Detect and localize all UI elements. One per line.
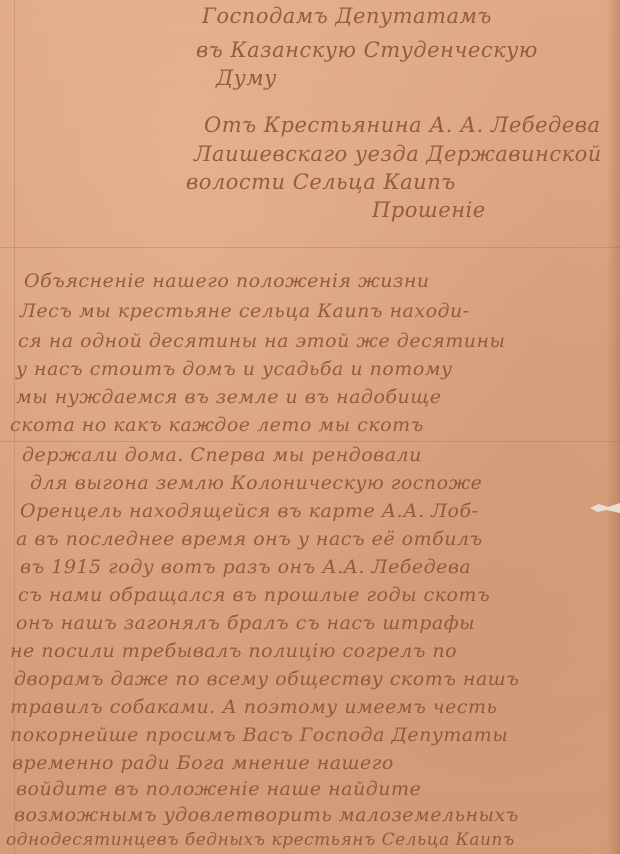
body-line: покорнейше просимъ Васъ Господа Депутаты	[10, 724, 508, 746]
body-line: не посили требывалъ полицiю согрелъ по	[10, 640, 457, 662]
body-line: мы нуждаемся въ земле и въ надобище	[16, 386, 442, 408]
body-line: въ 1915 году вотъ разъ онъ А.А. Лебедева	[20, 556, 471, 578]
sender-line: волости Сельца Каипъ	[186, 170, 456, 194]
body-line: скота но какъ каждое лето мы скотъ	[10, 414, 424, 436]
body-line: Оренцель находящейся въ карте А.А. Лоб-	[20, 500, 478, 522]
body-line: у насъ стоитъ домъ и усадьба и потому	[16, 358, 453, 380]
body-line: возможнымъ удовлетворить малоземельныхъ	[14, 804, 519, 826]
body-line: дворамъ даже по всему обществу скотъ наш…	[14, 668, 519, 690]
paper-fold-line	[0, 441, 620, 442]
body-line: Лесъ мы крестьяне сельца Каипъ находи-	[20, 300, 470, 322]
body-line: Объясненiе нашего положенiя жизни	[24, 270, 430, 292]
body-line: держали дома. Сперва мы рендовали	[22, 444, 422, 466]
paper-tear	[590, 503, 620, 513]
address-line: Господамъ Депутатамъ	[202, 4, 492, 28]
body-line: а въ последнее время онъ у насъ её отбил…	[16, 528, 483, 550]
body-line: съ нами обращался въ прошлые годы скотъ	[18, 584, 490, 606]
sender-line: Отъ Крестьянина А. А. Лебедева	[204, 113, 601, 137]
sender-line: Лаишевскаго уезда Державинской	[194, 142, 602, 166]
handwritten-document-page: Господамъ Депутатамъ въ Казанскую Студен…	[0, 0, 620, 854]
body-line: онъ нашъ загонялъ бралъ съ насъ штрафы	[16, 612, 475, 634]
body-line: для выгона землю Колоническую госпоже	[30, 472, 482, 494]
address-line: въ Казанскую Студенческую	[196, 38, 538, 62]
body-line: ся на одной десятины на этой же десятины	[18, 330, 506, 352]
paper-edge-shadow	[606, 0, 620, 854]
body-line: однодесятинцевъ бедныхъ крестьянъ Сельца…	[6, 830, 515, 850]
paper-fold-line	[0, 247, 620, 248]
address-line: Думу	[216, 66, 277, 90]
body-line: временно ради Бога мнение нашего	[12, 752, 394, 774]
body-line: травилъ собаками. А поэтому имеемъ честь	[10, 696, 497, 718]
document-title: Прошенiе	[372, 198, 486, 222]
body-line: войдите въ положенiе наше найдите	[16, 778, 421, 800]
